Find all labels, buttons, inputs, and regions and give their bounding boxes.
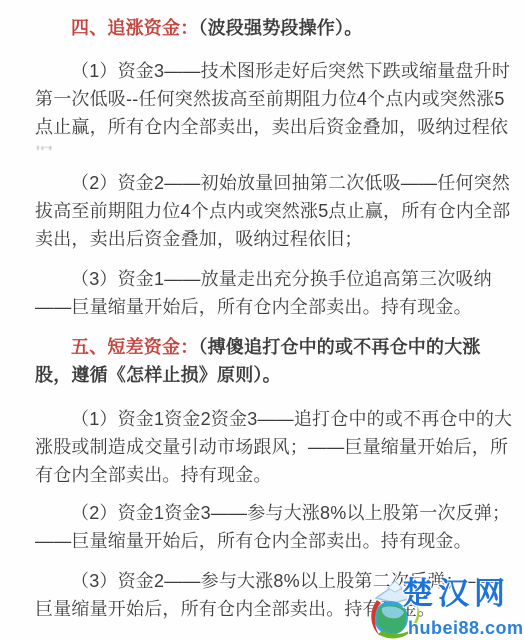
paragraph-line: 拔高至前期阻力位4个点内或突然涨5点止赢，所有仓内全部 [35,197,524,225]
watermark: 楚汉网 hubei88.com [372,580,524,640]
paragraph-line: （1）资金1资金2资金3——追打仓中的或不再仓中的大 [35,405,524,433]
paragraph-line: （2）资金2——初始放量回抽第二次低吸——任何突然 [35,169,524,197]
paragraph-5-2: （2）资金1资金3——参与大涨8%以上股第一次反弹； ——巨量缩量开始后，所有仓… [35,499,524,555]
paragraph-4-1: （1）资金3——技术图形走好后突然下跌或缩量盘升时 第一次低吸--任何突然拔高至… [35,57,524,150]
section-5-heading-line-1: 五、短差资金：（搏傻追打仓中的或不再仓中的大涨 [35,333,524,361]
watermark-site-url: hubei88.com [408,618,524,639]
paragraph-line: （2）资金1资金3——参与大涨8%以上股第一次反弹； [35,499,524,527]
section-5-heading: 五、短差资金：（搏傻追打仓中的或不再仓中的大涨 股，遵循《怎样止损》原则）。 [35,333,524,389]
paragraph-line: ——巨量缩量开始后，所有仓内全部卖出。持有现金。 [35,527,524,555]
paragraph-4-3: （3）资金1——放量走出充分换手位追高第三次吸纳 ——巨量缩量开始后，所有仓内全… [35,265,524,321]
section-4-heading-note: （波段强势段操作）。 [198,18,362,38]
paragraph-line: 点止赢，所有仓内全部卖出，卖出后资金叠加，吸纳过程依 [35,113,524,141]
watermark-site-name: 楚汉网 [402,577,510,611]
paragraph-line: 旧； [35,141,524,150]
paragraph-line: 第一次低吸--任何突然拔高至前期阻力位4个点内或突然涨5 [35,85,524,113]
section-5-heading-title: 五、短差资金： [71,337,198,357]
section-5-heading-note: （搏傻追打仓中的或不再仓中的大涨 [198,337,480,357]
paragraph-line: （1）资金3——技术图形走好后突然下跌或缩量盘升时 [35,57,524,85]
clipped-line-fragment: 旧； [35,141,524,150]
section-4-heading-title: 四、追涨资金： [71,18,198,38]
paragraph-line: 有仓内全部卖出。持有现金。 [35,461,524,489]
section-4-heading: 四、追涨资金：（波段强势段操作）。 [35,14,524,42]
paragraph-5-1: （1）资金1资金2资金3——追打仓中的或不再仓中的大 涨股或制造成交量引动市场跟… [35,405,524,489]
article-page: 四、追涨资金：（波段强势段操作）。 （1）资金3——技术图形走好后突然下跌或缩量… [0,0,524,640]
paragraph-line: 涨股或制造成交量引动市场跟风；——巨量缩量开始后，所 [35,433,524,461]
section-5-heading-line-2: 股，遵循《怎样止损》原则）。 [35,361,524,389]
paragraph-line: 卖出，卖出后资金叠加，吸纳过程依旧； [35,225,524,253]
paragraph-4-2: （2）资金2——初始放量回抽第二次低吸——任何突然 拔高至前期阻力位4个点内或突… [35,169,524,253]
paragraph-line: （3）资金1——放量走出充分换手位追高第三次吸纳 [35,265,524,293]
section-4-heading-line: 四、追涨资金：（波段强势段操作）。 [35,14,524,42]
paragraph-line: ——巨量缩量开始后，所有仓内全部卖出。持有现金。 [35,293,524,321]
